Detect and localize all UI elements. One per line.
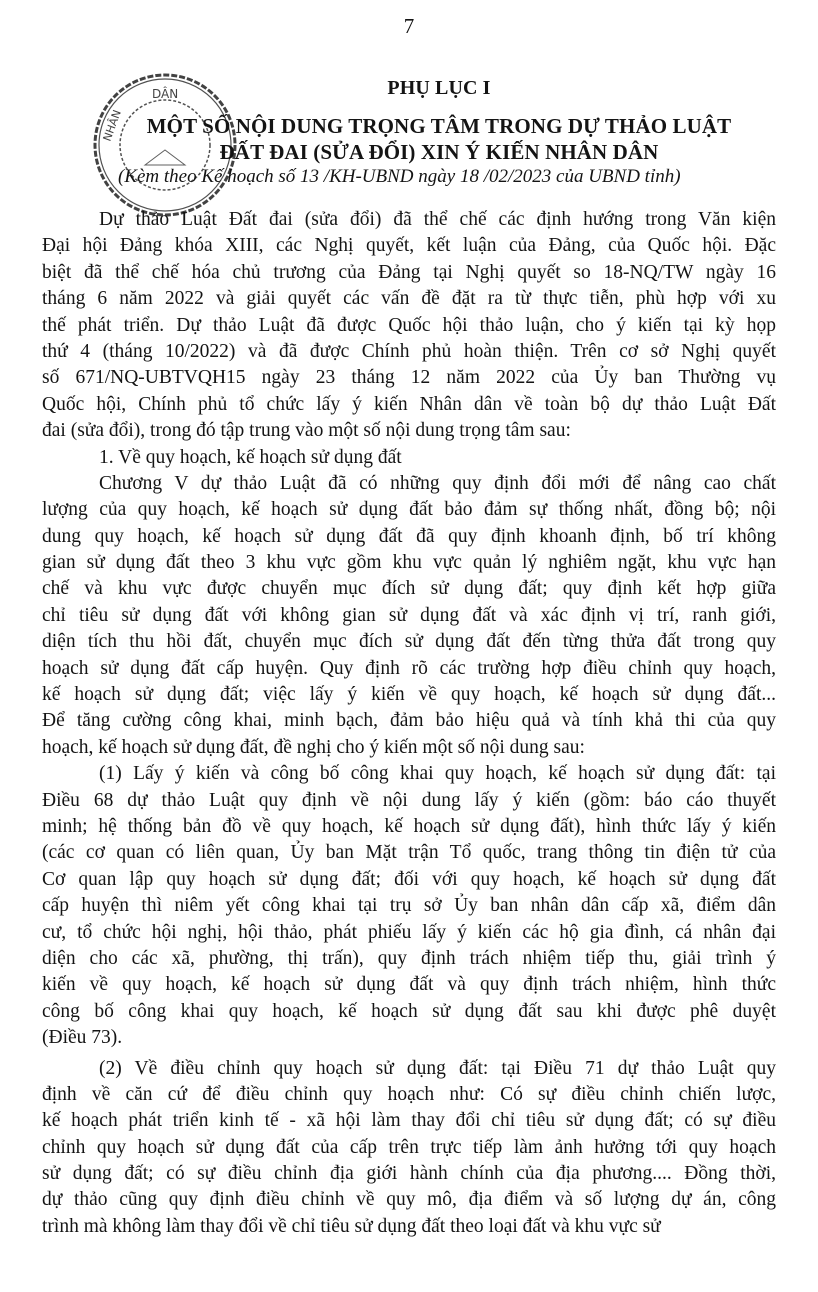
section-heading: 1. Về quy hoạch, kế hoạch sử dụng đất (42, 445, 776, 471)
document-body: Dự thảo Luật Đất đai (sửa đổi) đã thể ch… (42, 207, 776, 1240)
text-line: tháng 6 năm 2022 và giải quyết các vấn đ… (42, 286, 776, 312)
text-line: Để tăng cường công khai, minh bạch, đảm … (42, 708, 776, 734)
text-line: chế và khu vực được chuyển mục đích sử d… (42, 576, 776, 602)
text-line: số 671/NQ-UBTVQH15 ngày 23 tháng 12 năm … (42, 365, 776, 391)
text-line: cấp huyện thì niêm yết công khai tại trụ… (42, 893, 776, 919)
text-line: Điều 68 dự thảo Luật quy định về nội dun… (42, 788, 776, 814)
paragraph: (1) Lấy ý kiến và công bố công khai quy … (42, 761, 776, 1051)
text-line: Quốc hội, Chính phủ tổ chức lấy ý kiến N… (42, 392, 776, 418)
text-line: biệt đã thể chế hóa chủ trương của Đảng … (42, 260, 776, 286)
document-title-line2: ĐẤT ĐAI (SỬA ĐỔI) XIN Ý KIẾN NHÂN DÂN (30, 140, 818, 165)
paragraph: Chương V dự thảo Luật đã có những quy đị… (42, 471, 776, 761)
text-line: dung quy hoạch, kế hoạch sử dụng đất đã … (42, 524, 776, 550)
text-line: (Điều 73). (42, 1025, 776, 1051)
text-line: chỉ tiêu sử dụng đất với không gian sử d… (42, 603, 776, 629)
text-line: Đại hội Đảng khóa XIII, các Nghị quyết, … (42, 233, 776, 259)
page-number: 7 (0, 14, 818, 39)
text-line: thứ 4 (tháng 10/2022) và đã được Chính p… (42, 339, 776, 365)
text-line: kế hoạch sử dụng đất; việc lấy ý kiến về… (42, 682, 776, 708)
text-line: 1. Về quy hoạch, kế hoạch sử dụng đất (42, 445, 776, 471)
paragraph: (2) Về điều chỉnh quy hoạch sử dụng đất:… (42, 1056, 776, 1241)
document-subtitle: (Kèm theo Kế hoạch số 13 /KH-UBND ngày 1… (118, 166, 778, 188)
text-line: gian sử dụng đất theo 3 khu vực gồm khu … (42, 550, 776, 576)
text-line: dự thảo cũng quy định điều chỉnh về quy … (42, 1187, 776, 1213)
text-line: đai (sửa đổi), trong đó tập trung vào mộ… (42, 418, 776, 444)
text-line: Dự thảo Luật Đất đai (sửa đổi) đã thể ch… (42, 207, 776, 233)
text-line: cư, tổ chức hội nghị, hội thảo, phát phi… (42, 920, 776, 946)
text-line: diện tích thu hồi đất, chuyển mục đích s… (42, 629, 776, 655)
appendix-label: PHỤ LỤC I (30, 77, 818, 100)
text-line: (các cơ quan có liên quan, Ủy ban Mặt tr… (42, 840, 776, 866)
text-line: lượng của quy hoạch, kế hoạch sử dụng đấ… (42, 497, 776, 523)
text-line: chỉnh quy hoạch sử dụng đất của cấp trên… (42, 1135, 776, 1161)
text-line: Cơ quan lập quy hoạch sử dụng đất; đối v… (42, 867, 776, 893)
text-line: thế phát triển. Dự thảo Luật đã được Quố… (42, 313, 776, 339)
text-line: sử dụng đất; có sự điều chỉnh địa giới h… (42, 1161, 776, 1187)
text-line: Chương V dự thảo Luật đã có những quy đị… (42, 471, 776, 497)
text-line: hoạch, kế hoạch sử dụng đất, đề nghị cho… (42, 735, 776, 761)
text-line: (2) Về điều chỉnh quy hoạch sử dụng đất:… (42, 1056, 776, 1082)
text-line: diện cho các xã, phường, thị trấn), quy … (42, 946, 776, 972)
paragraph: Dự thảo Luật Đất đai (sửa đổi) đã thể ch… (42, 207, 776, 445)
text-line: kế hoạch phát triển kinh tế - xã hội làm… (42, 1108, 776, 1134)
text-line: kiến về quy hoạch, kế hoạch sử dụng đất … (42, 972, 776, 998)
text-line: định về căn cứ để điều chỉnh quy hoạch n… (42, 1082, 776, 1108)
text-line: hoạch sử dụng đất cấp huyện. Quy định rõ… (42, 656, 776, 682)
text-line: trình mà không làm thay đổi về chỉ tiêu … (42, 1214, 776, 1240)
text-line: minh; hệ thống bản đồ về quy hoạch, kế h… (42, 814, 776, 840)
document-title-line1: MỘT SỐ NỘI DUNG TRỌNG TÂM TRONG DỰ THẢO … (30, 114, 818, 139)
text-line: công bố công khai quy hoạch, kế hoạch sử… (42, 999, 776, 1025)
text-line: (1) Lấy ý kiến và công bố công khai quy … (42, 761, 776, 787)
